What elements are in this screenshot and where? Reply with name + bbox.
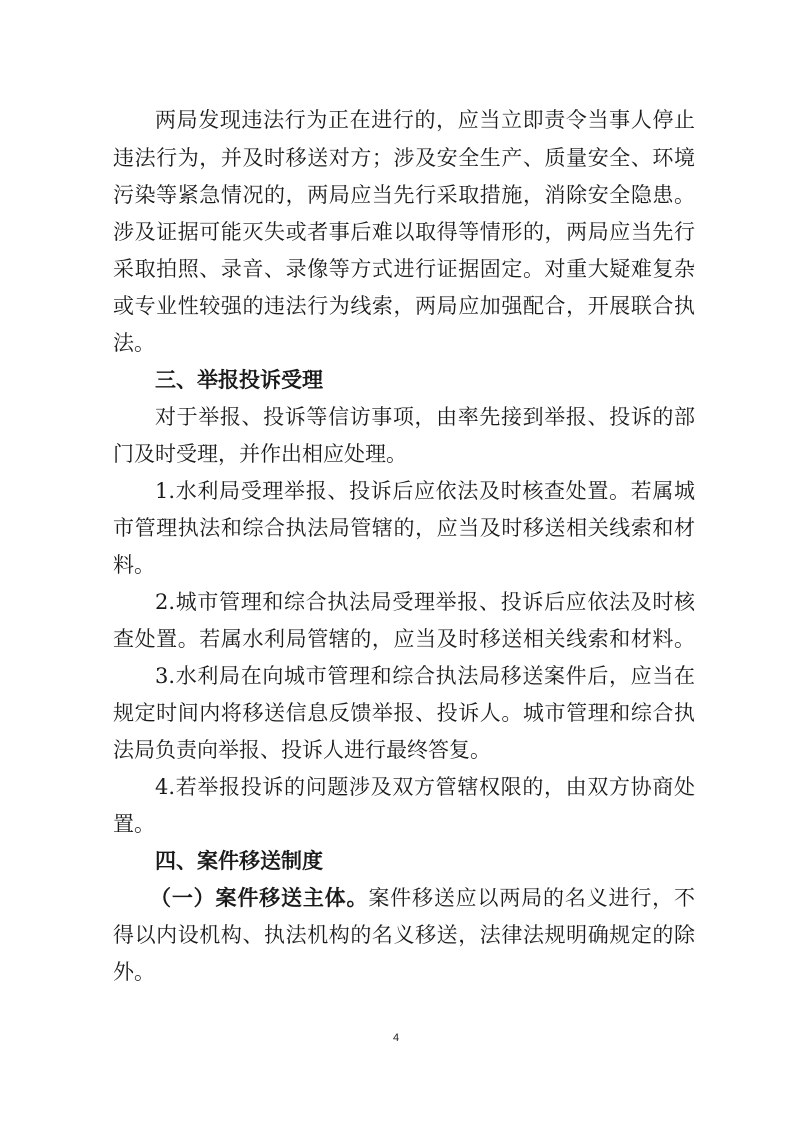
paragraph-line: 门及时受理，并作出相应处理。	[113, 436, 695, 473]
list-item-2-line: 2.城市管理和综合执法局受理举报、投诉后应依法及时核	[155, 584, 695, 621]
subsection-title: （一）案件移送主体。	[150, 886, 368, 910]
list-item-3-line: 3.水利局在向城市管理和综合执法局移送案件后，应当在	[155, 658, 695, 695]
paragraph-line: 得以内设机构、执法机构的名义移送，法律法规明确规定的除	[113, 917, 695, 954]
paragraph-line: 对于举报、投诉等信访事项，由率先接到举报、投诉的部	[155, 399, 695, 436]
paragraph-line: 或专业性较强的违法行为线索，两局应加强配合，开展联合执	[113, 288, 695, 325]
paragraph-line: 两局发现违法行为正在进行的，应当立即责令当事人停止	[155, 102, 695, 139]
section-heading-4: 四、案件移送制度	[155, 843, 695, 880]
list-item-1-line: 1.水利局受理举报、投诉后应依法及时核查处置。若属城	[155, 473, 695, 510]
page-number: 4	[386, 1032, 406, 1044]
paragraph-line: 污染等紧急情况的，两局应当先行采取措施，消除安全隐患。	[113, 177, 695, 214]
list-item-2-line: 查处置。若属水利局管辖的，应当及时移送相关线索和材料。	[113, 621, 695, 658]
document-page: 两局发现违法行为正在进行的，应当立即责令当事人停止 违法行为，并及时移送对方；涉…	[0, 0, 793, 1122]
paragraph-line: 违法行为，并及时移送对方；涉及安全生产、质量安全、环境	[113, 140, 695, 177]
list-item-4-line: 4.若举报投诉的问题涉及双方管辖权限的，由双方协商处	[155, 769, 695, 806]
paragraph-line: 法。	[113, 325, 695, 362]
list-item-3-line: 法局负责向举报、投诉人进行最终答复。	[113, 732, 695, 769]
subsection-text: 案件移送应以两局的名义进行，不	[368, 886, 695, 910]
list-item-4-line: 置。	[113, 806, 695, 843]
list-item-1-line: 市管理执法和综合执法局管辖的，应当及时移送相关线索和材	[113, 510, 695, 547]
paragraph-line: 涉及证据可能灭失或者事后难以取得等情形的，两局应当先行	[113, 214, 695, 251]
section-heading-3: 三、举报投诉受理	[155, 362, 695, 399]
subsection-4-1-line: （一）案件移送主体。案件移送应以两局的名义进行，不	[150, 880, 695, 917]
paragraph-line: 采取拍照、录音、录像等方式进行证据固定。对重大疑难复杂	[113, 251, 695, 288]
paragraph-line: 外。	[113, 954, 695, 991]
list-item-1-line: 料。	[113, 547, 695, 584]
list-item-3-line: 规定时间内将移送信息反馈举报、投诉人。城市管理和综合执	[113, 695, 695, 732]
